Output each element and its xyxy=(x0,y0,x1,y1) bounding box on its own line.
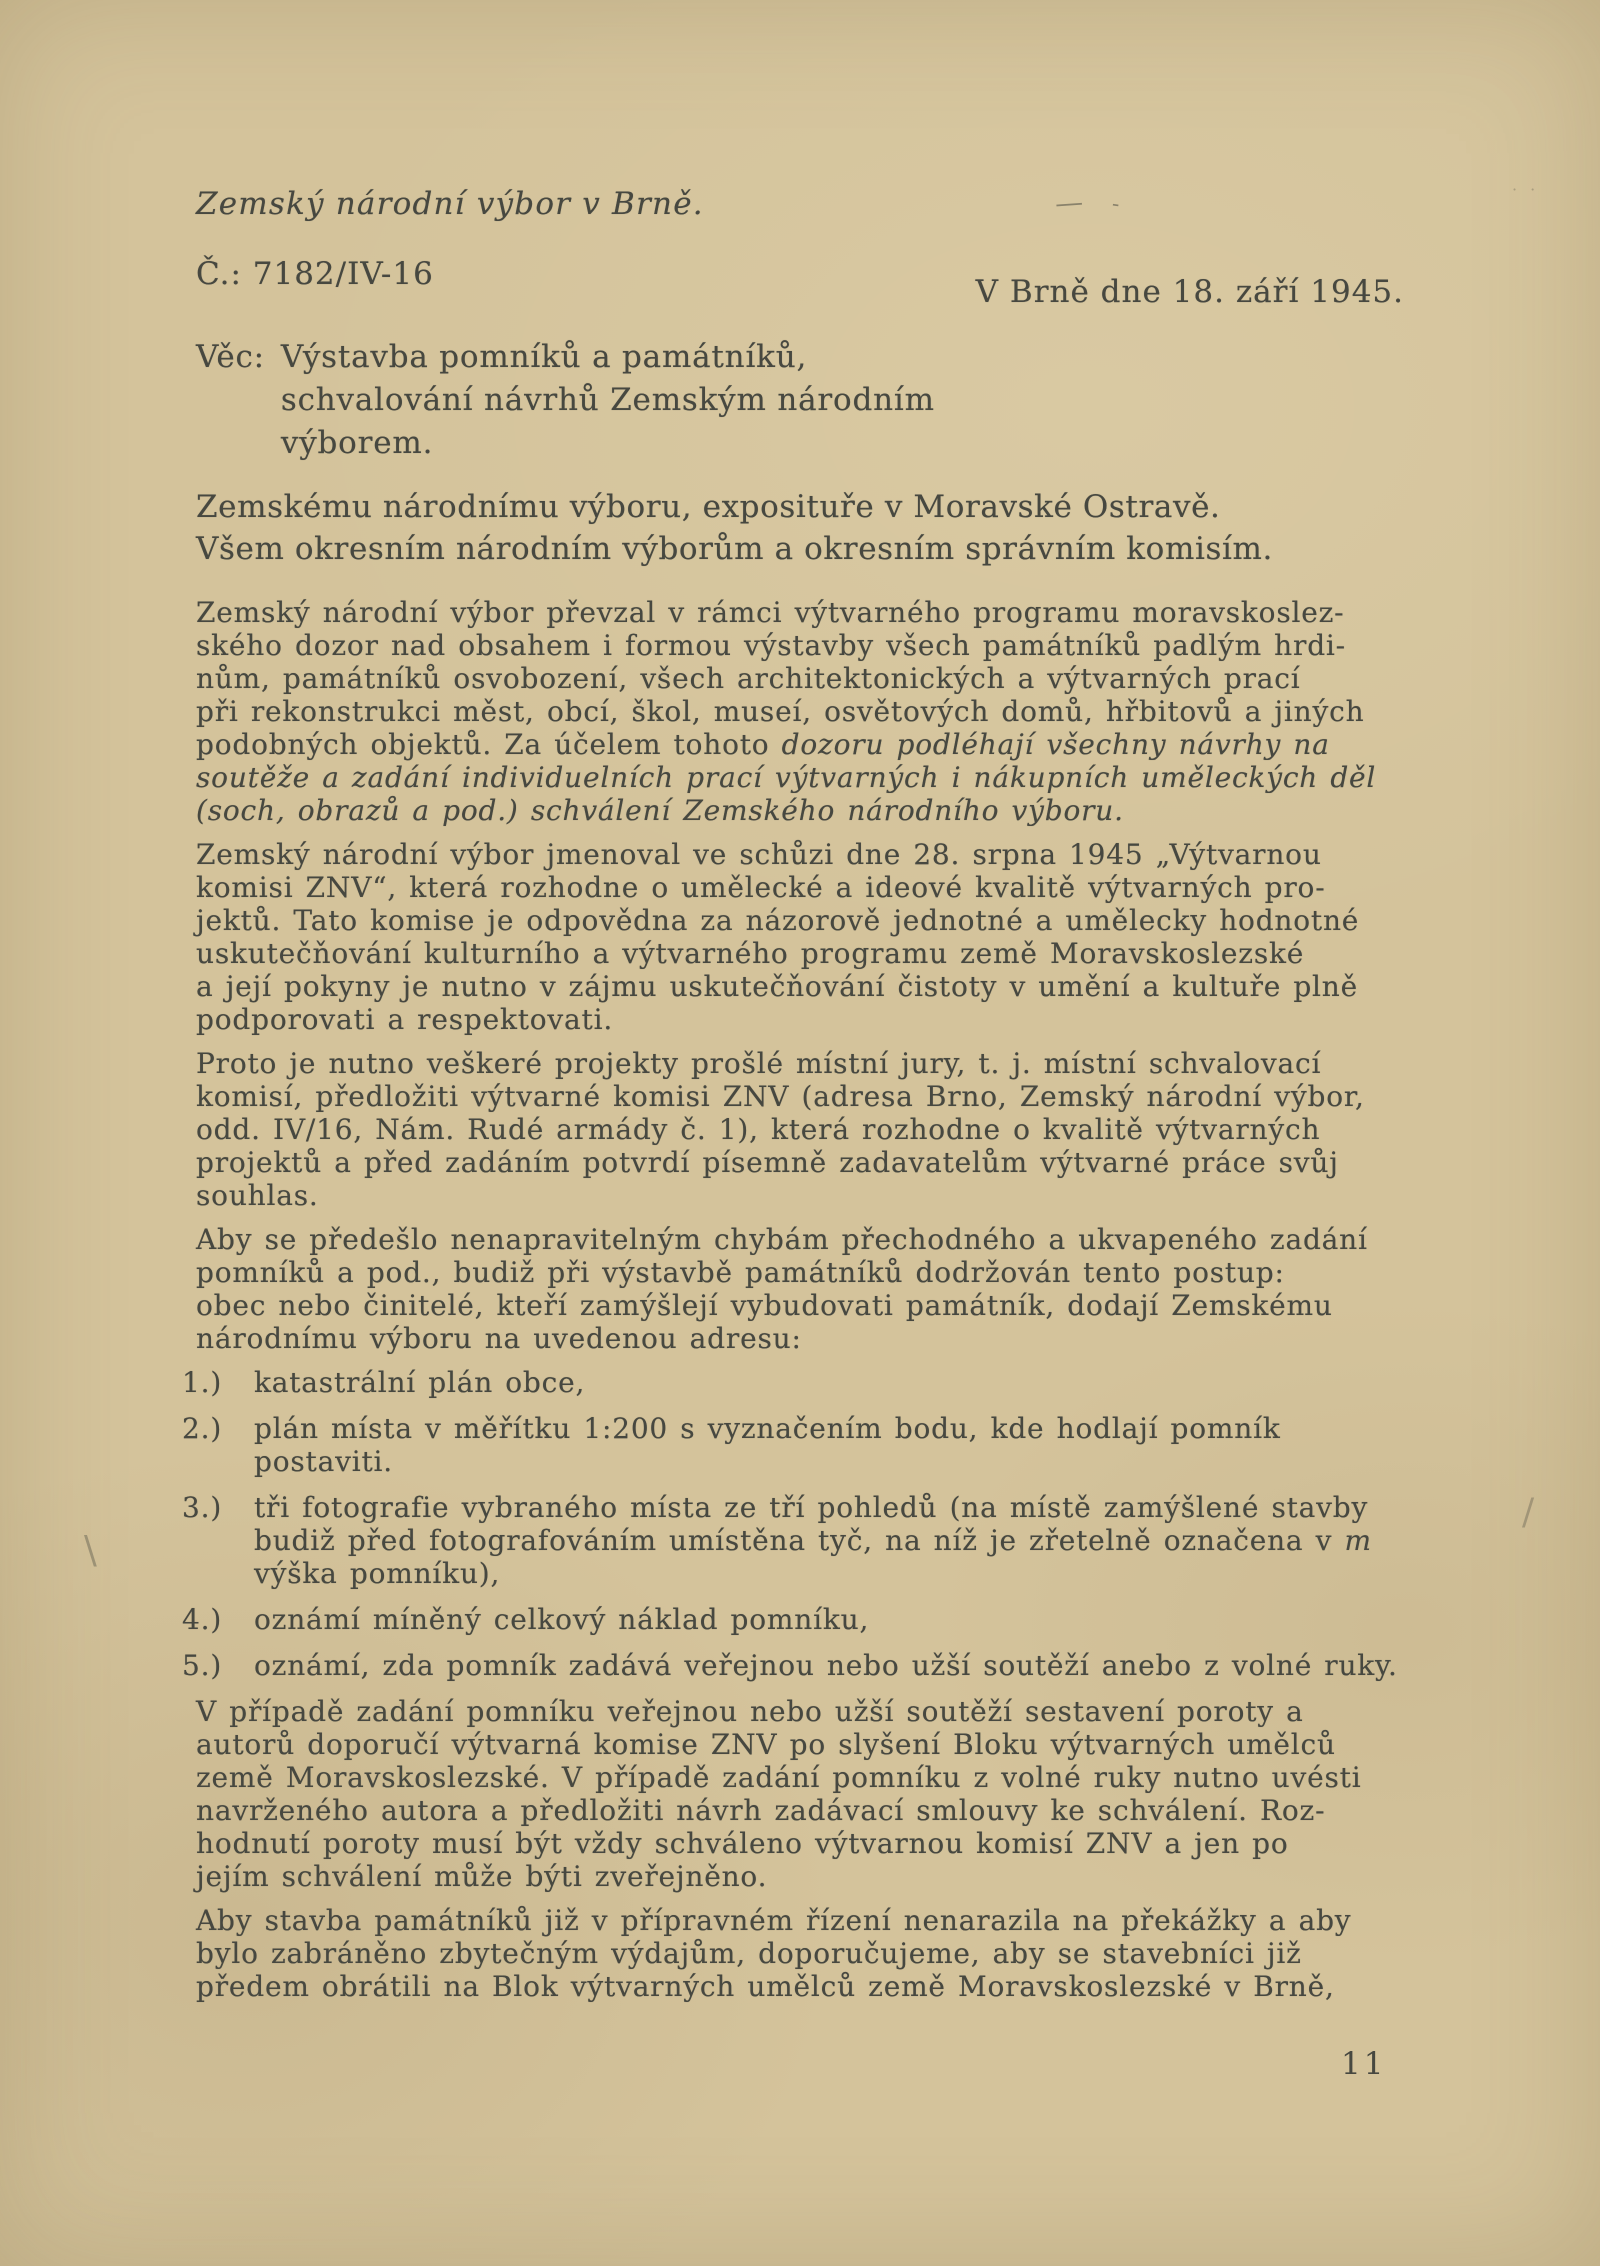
list-item: 3.)tři fotografie vybraného místa ze tří… xyxy=(196,1491,1404,1590)
scanned-document-page: — - · · / \ Zemský národní výbor v Brně.… xyxy=(0,0,1600,2266)
list-item-text: katastrální plán obce, xyxy=(254,1366,585,1399)
letter-body: Zemský národní výbor převzal v rámci výt… xyxy=(196,596,1404,2003)
list-item: 4.)oznámí míněný celkový náklad pomníku, xyxy=(196,1603,1404,1636)
list-item-text-pre: tři fotografie vybraného místa ze tří po… xyxy=(254,1491,1368,1557)
dateline: V Brně dne 18. září 1945. xyxy=(976,274,1404,310)
scan-mark-speck: · · xyxy=(1512,180,1539,199)
list-item-text: oznámí míněný celkový náklad pomníku, xyxy=(254,1603,869,1636)
reference-number: Č.: 7182/IV-16 xyxy=(196,256,434,292)
letter-content: Zemský národní výbor v Brně. Č.: 7182/IV… xyxy=(196,186,1404,2014)
list-item-text: tři fotografie vybraného místa ze tří po… xyxy=(254,1491,1372,1590)
list-item-text: plán místa v měřítku 1:200 s vyznačením … xyxy=(254,1412,1281,1478)
scan-mark-slash: / xyxy=(1522,1492,1534,1533)
sender-line: Zemský národní výbor v Brně. xyxy=(196,186,1404,222)
list-item-number: 5.) xyxy=(182,1649,254,1682)
addressee-line: Všem okresním národním výborům a okresní… xyxy=(196,529,1404,570)
subject-label: Věc: xyxy=(196,336,265,465)
list-item-text: oznámí, zda pomník zadává veřejnou nebo … xyxy=(254,1649,1398,1682)
list-item: 1.)katastrální plán obce, xyxy=(196,1366,1404,1399)
list-item: 5.)oznámí, zda pomník zadává veřejnou ne… xyxy=(196,1649,1404,1682)
paragraph-commission: Zemský národní výbor jmenoval ve schůzi … xyxy=(196,838,1404,1036)
paragraph-recommendation: Aby stavba památníků již v přípravném ří… xyxy=(196,1904,1404,2003)
scan-mark-backslash: \ xyxy=(84,1528,97,1572)
requirements-list: 1.)katastrální plán obce, 2.)plán místa … xyxy=(196,1366,1404,1682)
subject-block: Věc: Výstavba pomníků a památníků, schva… xyxy=(196,336,1404,465)
addressee-line: Zemskému národnímu výboru, exposituře v … xyxy=(196,487,1404,528)
paragraph-competition: V případě zadání pomníku veřejnou nebo u… xyxy=(196,1695,1404,1893)
list-item-text-italic: m xyxy=(1344,1524,1371,1557)
page-number: 11 xyxy=(1341,2046,1386,2082)
list-item-number: 2.) xyxy=(182,1412,254,1478)
list-item-number: 1.) xyxy=(182,1366,254,1399)
paragraph-procedure: Aby se předešlo nenapravitelným chybám p… xyxy=(196,1223,1404,1355)
list-item: 2.)plán místa v měřítku 1:200 s vyznačen… xyxy=(196,1412,1404,1478)
list-item-text-post: výška pomníku), xyxy=(254,1557,500,1590)
subject-text: Výstavba pomníků a památníků, schvalován… xyxy=(281,336,935,465)
paragraph-approval: Proto je nutno veškeré projekty prošlé m… xyxy=(196,1047,1404,1212)
list-item-number: 4.) xyxy=(182,1603,254,1636)
paragraph-supervision: Zemský národní výbor převzal v rámci výt… xyxy=(196,596,1404,827)
reference-row: Č.: 7182/IV-16 V Brně dne 18. září 1945. xyxy=(196,256,1404,310)
list-item-number: 3.) xyxy=(182,1491,254,1590)
addressee-block: Zemskému národnímu výboru, exposituře v … xyxy=(196,487,1404,570)
